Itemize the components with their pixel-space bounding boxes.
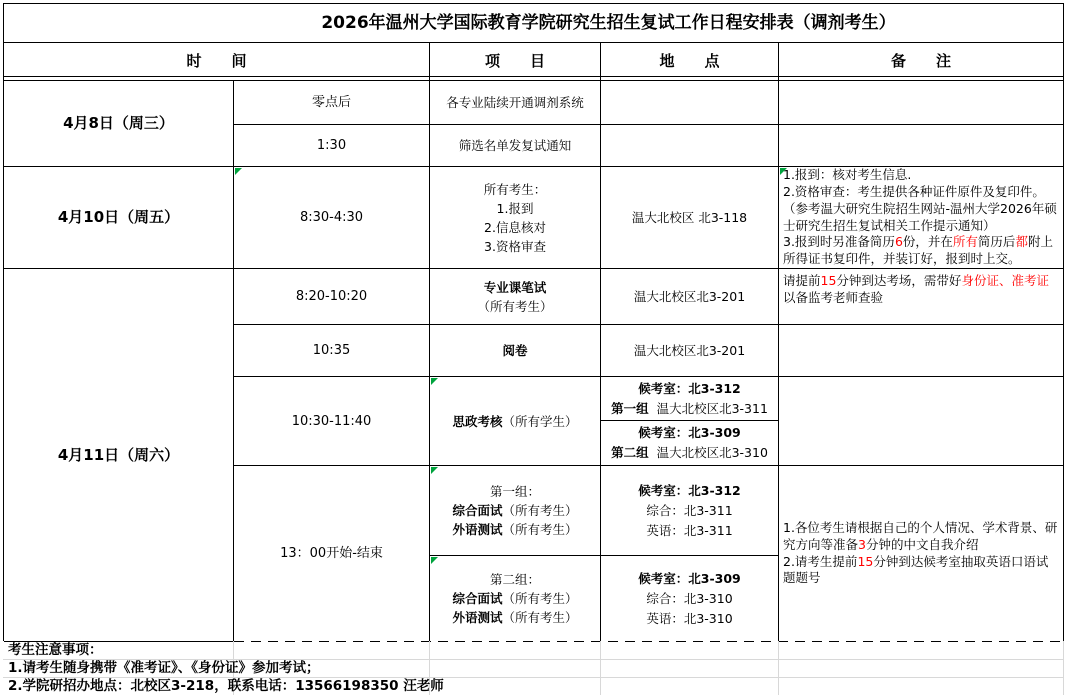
- place-cell-ideology-2: 候考室：北3-309 第二组温大北校区北3-310: [601, 421, 779, 466]
- place-line: 英语：北3-310: [646, 609, 732, 629]
- place-line: 候考室：北3-309: [638, 423, 740, 443]
- item-cell-written-exam: 专业课笔试 （所有考生）: [430, 269, 601, 325]
- item-bold: 思政考核: [452, 414, 502, 429]
- item-line: 综合面试（所有考生）: [452, 501, 577, 520]
- red-highlight: 3: [858, 537, 866, 552]
- remark-text: 请提前15分钟到达考场，需带好身份证、准考证以备监考老师查验: [783, 273, 1059, 307]
- footer-note-2: 2.学院研招办地点：北校区3-218，联系电话：13566198350 汪老师: [8, 677, 444, 695]
- red-highlight: 6: [895, 234, 903, 249]
- place-text: 温大北校区北3-311: [657, 401, 768, 416]
- remark-text: （参考温大研究生院招生网站-温州大学2026年硕士研究生招生复试相关工作提示通知…: [783, 201, 1059, 235]
- item-line: 思政考核（所有学生）: [452, 412, 577, 431]
- table-bottom-border-dashed: [234, 641, 1064, 642]
- remark-text: 2.请考生提前15分钟到达候考室抽取英语口语试题题号: [783, 554, 1059, 588]
- date-cell-apr11: 4月11日（周六）: [4, 269, 234, 641]
- item-line: （所有考生）: [477, 297, 552, 316]
- time-cell-820-1020: 8:20-10:20: [234, 269, 430, 325]
- red-highlight: 15: [821, 273, 837, 288]
- item-bold: 外语测试: [452, 610, 502, 625]
- time-cell-1030-1140: 10:30-11:40: [234, 377, 430, 466]
- page-title: 2026年温州大学国际教育学院研究生招生复试工作日程安排表（调剂考生）: [4, 4, 1064, 43]
- item-sub: （所有考生）: [503, 503, 578, 518]
- place-line: 第一组温大北校区北3-311: [611, 399, 768, 419]
- item-line: 第一组：: [490, 482, 540, 501]
- place-line: 候考室：北3-309: [638, 569, 740, 589]
- item-bold: 综合面试: [452, 503, 502, 518]
- excel-green-marker: [431, 378, 438, 385]
- faint-gridline: [600, 641, 601, 695]
- header-double-underline: [4, 76, 1064, 77]
- place-cell-written: 温大北校区北3-201: [601, 269, 779, 325]
- excel-green-marker: [431, 467, 438, 474]
- item-sub: （所有考生）: [503, 591, 578, 606]
- remark-text: 1.报到：核对考生信息.: [783, 167, 911, 184]
- item-line: 外语测试（所有考生）: [452, 520, 577, 539]
- item-cell-group1: 第一组： 综合面试（所有考生） 外语测试（所有考生）: [430, 466, 601, 556]
- place-cell-group1: 候考室：北3-312 综合：北3-311 英语：北3-311: [601, 466, 779, 556]
- footer-note-1: 1.请考生随身携带《准考证》、《身份证》参加考试；: [8, 659, 320, 677]
- item-cell-grading: 阅卷: [430, 325, 601, 377]
- item-line: 1.报到: [497, 199, 534, 218]
- excel-green-marker: [431, 557, 438, 564]
- item-cell-group2: 第二组： 综合面试（所有考生） 外语测试（所有考生）: [430, 556, 601, 641]
- remark-text: 2.资格审查：考生提供各种证件原件及复印件。: [783, 184, 1045, 201]
- place-line: 第二组温大北校区北3-310: [611, 443, 768, 463]
- remark-cell-interview: 1.各位考生请根据自己的个人情况、学术背景、研究方向等准备3分钟的中文自我介绍 …: [779, 466, 1064, 641]
- schedule-table: 2026年温州大学国际教育学院研究生招生复试工作日程安排表（调剂考生） 时 间 …: [3, 3, 1064, 641]
- remark-cell-empty-3: [779, 325, 1064, 377]
- red-highlight: 所有: [953, 234, 978, 249]
- place-line: 英语：北3-311: [646, 521, 732, 541]
- item-line: 所有考生：: [484, 180, 547, 199]
- place-line: 候考室：北3-312: [638, 379, 740, 399]
- item-sub: （所有考生）: [503, 522, 578, 537]
- group-label: 第二组: [611, 445, 649, 460]
- item-cell-checkin: 所有考生： 1.报到 2.信息核对 3.资格审查: [430, 167, 601, 269]
- place-cell-empty-1: [601, 81, 779, 125]
- place-line: 候考室：北3-312: [638, 481, 740, 501]
- place-line: 综合：北3-311: [646, 501, 732, 521]
- remark-cell-checkin: 1.报到：核对考生信息. 2.资格审查：考生提供各种证件原件及复印件。 （参考温…: [779, 167, 1064, 269]
- place-cell-checkin: 温大北校区 北3-118: [601, 167, 779, 269]
- item-line: 外语测试（所有考生）: [452, 608, 577, 627]
- time-cell-830-430: 8:30-4:30: [234, 167, 430, 269]
- group-label: 第一组: [611, 401, 649, 416]
- faint-gridline: [778, 641, 779, 695]
- remark-cell-empty-4: [779, 377, 1064, 466]
- item-cell-ideology: 思政考核（所有学生）: [430, 377, 601, 466]
- footer-note-heading: 考生注意事项：: [8, 641, 103, 659]
- place-cell-group2: 候考室：北3-309 综合：北3-310 英语：北3-310: [601, 556, 779, 641]
- red-highlight: 15: [857, 554, 873, 569]
- place-cell-ideology-1: 候考室：北3-312 第一组温大北校区北3-311: [601, 377, 779, 421]
- faint-gridline: [1063, 641, 1064, 695]
- time-cell-1300: 13：00开始-结束: [234, 466, 430, 641]
- time-cell-130: 1:30: [234, 125, 430, 167]
- place-line: 综合：北3-310: [646, 589, 732, 609]
- item-cell-open-system: 各专业陆续开通调剂系统: [430, 81, 601, 125]
- excel-green-marker: [235, 168, 242, 175]
- remark-cell-written: 请提前15分钟到达考场，需带好身份证、准考证以备监考老师查验: [779, 269, 1064, 325]
- item-line: 专业课笔试: [484, 278, 547, 297]
- red-highlight: 都: [1015, 234, 1028, 249]
- item-line: 第二组：: [490, 570, 540, 589]
- item-line: 综合面试（所有考生）: [452, 589, 577, 608]
- remark-cell-empty-2: [779, 125, 1064, 167]
- item-line: 3.资格审查: [484, 237, 546, 256]
- excel-green-marker: [780, 168, 787, 175]
- remark-cell-empty-1: [779, 81, 1064, 125]
- place-cell-empty-2: [601, 125, 779, 167]
- date-cell-apr8: 4月8日（周三）: [4, 81, 234, 167]
- time-cell-1035: 10:35: [234, 325, 430, 377]
- date-cell-apr10: 4月10日（周五）: [4, 167, 234, 269]
- item-cell-notice: 筛选名单发复试通知: [430, 125, 601, 167]
- remark-text: 3.报到时另准备简历6份，并在所有简历后都附上所得证书复印件，并装订好，报到时上…: [783, 234, 1059, 268]
- item-sub: （所有考生）: [503, 610, 578, 625]
- item-bold: 综合面试: [452, 591, 502, 606]
- remark-text: 1.各位考生请根据自己的个人情况、学术背景、研究方向等准备3分钟的中文自我介绍: [783, 520, 1059, 554]
- red-highlight: 身份证、准考证: [961, 273, 1049, 288]
- item-line: 2.信息核对: [484, 218, 546, 237]
- schedule-document: 2026年温州大学国际教育学院研究生招生复试工作日程安排表（调剂考生） 时 间 …: [0, 0, 1066, 695]
- item-sub: （所有学生）: [503, 414, 578, 429]
- time-cell-midnight: 零点后: [234, 81, 430, 125]
- place-text: 温大北校区北3-310: [657, 445, 768, 460]
- item-bold: 外语测试: [452, 522, 502, 537]
- place-cell-grading: 温大北校区北3-201: [601, 325, 779, 377]
